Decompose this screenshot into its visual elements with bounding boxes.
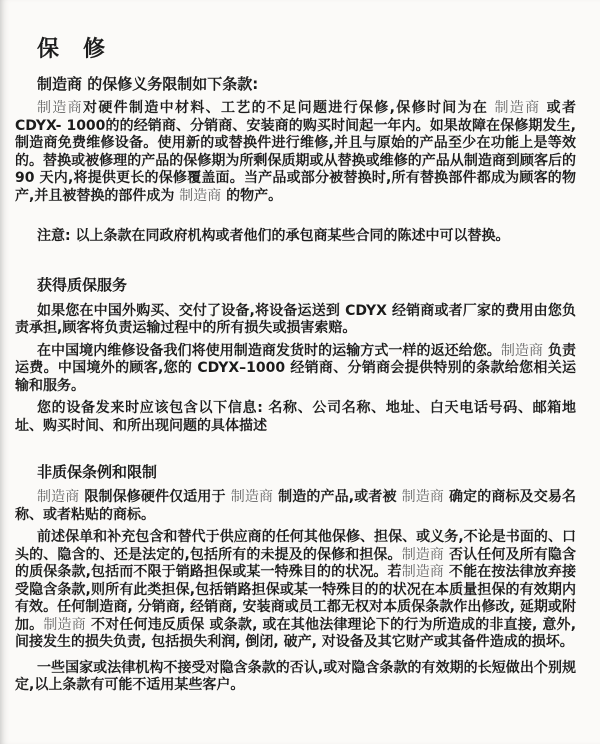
page-title: 保 修 [37, 38, 576, 62]
warranty-terms-paragraph: 制造商对硬件制造中材料、工艺的不足问题进行保修,保修时间为在 制造商 或者 CD… [15, 100, 576, 205]
heading-obtain-warranty-service: 获得质保服务 [37, 276, 576, 294]
jurisdiction-exceptions-paragraph: 一些国家或法律机构不接受对隐含条款的否认,或对隐含条款的有效期的长短做出个别规定… [15, 660, 576, 695]
heading-non-warranty-limits: 非质保条例和限制 [37, 463, 576, 481]
warranty-document-page: 保 修 制造商 的保修义务限制如下条款: 制造商对硬件制造中材料、工艺的不足问题… [0, 0, 600, 744]
notice-paragraph: 注意: 以上条款在同政府机构或者他们的承包商某些合同的陈述中可以替换。 [15, 228, 576, 246]
required-shipment-info-paragraph: 您的设备发来时应该包含以下信息: 名称、公司名称、地址、白天电话号码、邮箱地址、… [15, 400, 576, 435]
heading-warranty-obligations: 制造商 的保修义务限制如下条款: [37, 75, 576, 93]
limited-warranty-scope-paragraph: 制造商 限制保修硬件仅适用于 制造商 制造的产品,或者被 制造商 确定的商标及交… [15, 489, 576, 524]
disclaimer-paragraph: 前述保单和补充包含和替代于供应商的任何其他保修、担保、或义务,不论是书面的、口头… [15, 529, 576, 652]
overseas-purchase-paragraph: 如果您在中国外购买、交付了设备,将设备运送到 CDYX 经销商或者厂家的费用由您… [15, 303, 576, 338]
domestic-repair-shipping-paragraph: 在中国境内维修设备我们将使用制造商发货时的运输方式一样的返还给您。制造商 负责运… [15, 343, 576, 396]
